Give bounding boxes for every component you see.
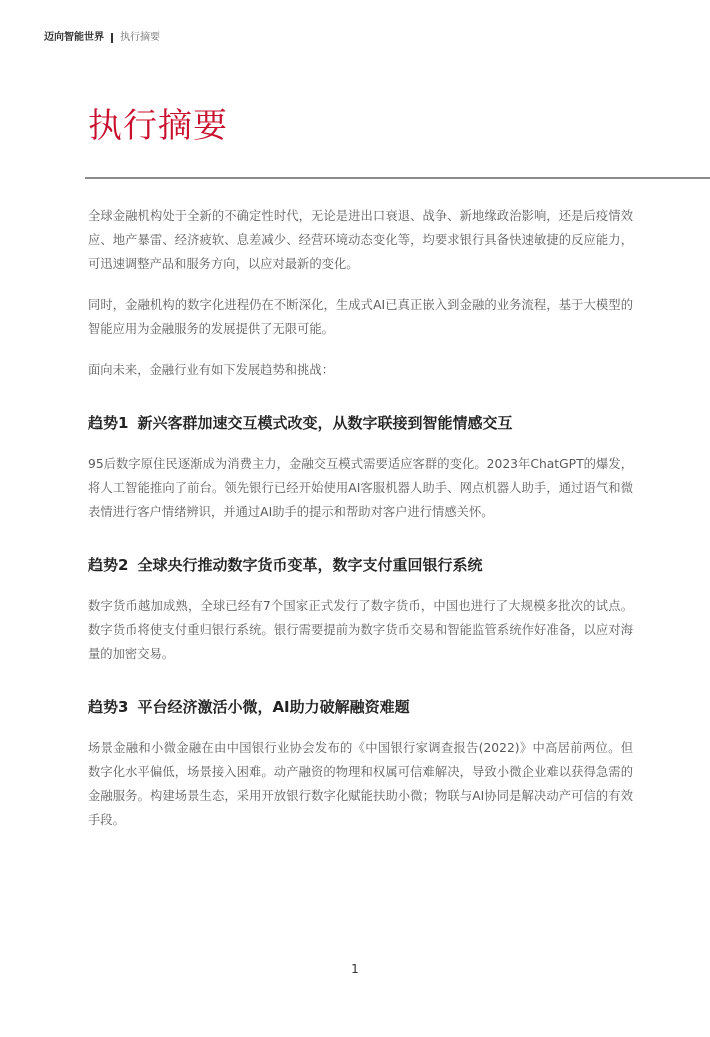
trend-body: 95后数字原住民逐渐成为消费主力，金融交互模式需要适应客群的变化。2023年Ch… bbox=[88, 452, 633, 524]
trend-label: 趋势1 bbox=[88, 414, 128, 432]
main-content: 全球金融机构处于全新的不确定性时代，无论是进出口衰退、战争、新地缘政治影响，还是… bbox=[88, 204, 633, 832]
trend-heading: 趋势3平台经济激活小微，AI助力破解融资难题 bbox=[88, 695, 633, 719]
trend-heading: 趋势2全球央行推动数字货币变革，数字支付重回银行系统 bbox=[88, 553, 633, 577]
trend-title: 新兴客群加速交互模式改变，从数字联接到智能情感交互 bbox=[137, 414, 512, 432]
header-section: 执行摘要 bbox=[120, 31, 160, 45]
page-title: 执行摘要 bbox=[88, 104, 228, 148]
page-number: 1 bbox=[0, 962, 710, 976]
trend-body: 场景金融和小微金融在由中国银行业协会发布的《中国银行家调查报告(2022)》中高… bbox=[88, 736, 633, 832]
intro-paragraph: 同时，金融机构的数字化进程仍在不断深化，生成式AI已真正嵌入到金融的业务流程，基… bbox=[88, 293, 633, 341]
header-brand: 迈向智能世界 bbox=[44, 31, 104, 45]
running-header: 迈向智能世界 执行摘要 bbox=[44, 31, 160, 45]
trend-body: 数字货币越加成熟，全球已经有7个国家正式发行了数字货币，中国也进行了大规模多批次… bbox=[88, 594, 633, 666]
intro-paragraph: 面向未来，金融行业有如下发展趋势和挑战： bbox=[88, 358, 633, 382]
trend-label: 趋势3 bbox=[88, 698, 128, 716]
trend-title: 平台经济激活小微，AI助力破解融资难题 bbox=[137, 698, 409, 716]
header-separator bbox=[111, 33, 113, 43]
trend-label: 趋势2 bbox=[88, 556, 128, 574]
intro-paragraph: 全球金融机构处于全新的不确定性时代，无论是进出口衰退、战争、新地缘政治影响，还是… bbox=[88, 204, 633, 276]
title-divider bbox=[85, 177, 710, 179]
trend-heading: 趋势1新兴客群加速交互模式改变，从数字联接到智能情感交互 bbox=[88, 411, 633, 435]
trend-title: 全球央行推动数字货币变革，数字支付重回银行系统 bbox=[137, 556, 482, 574]
